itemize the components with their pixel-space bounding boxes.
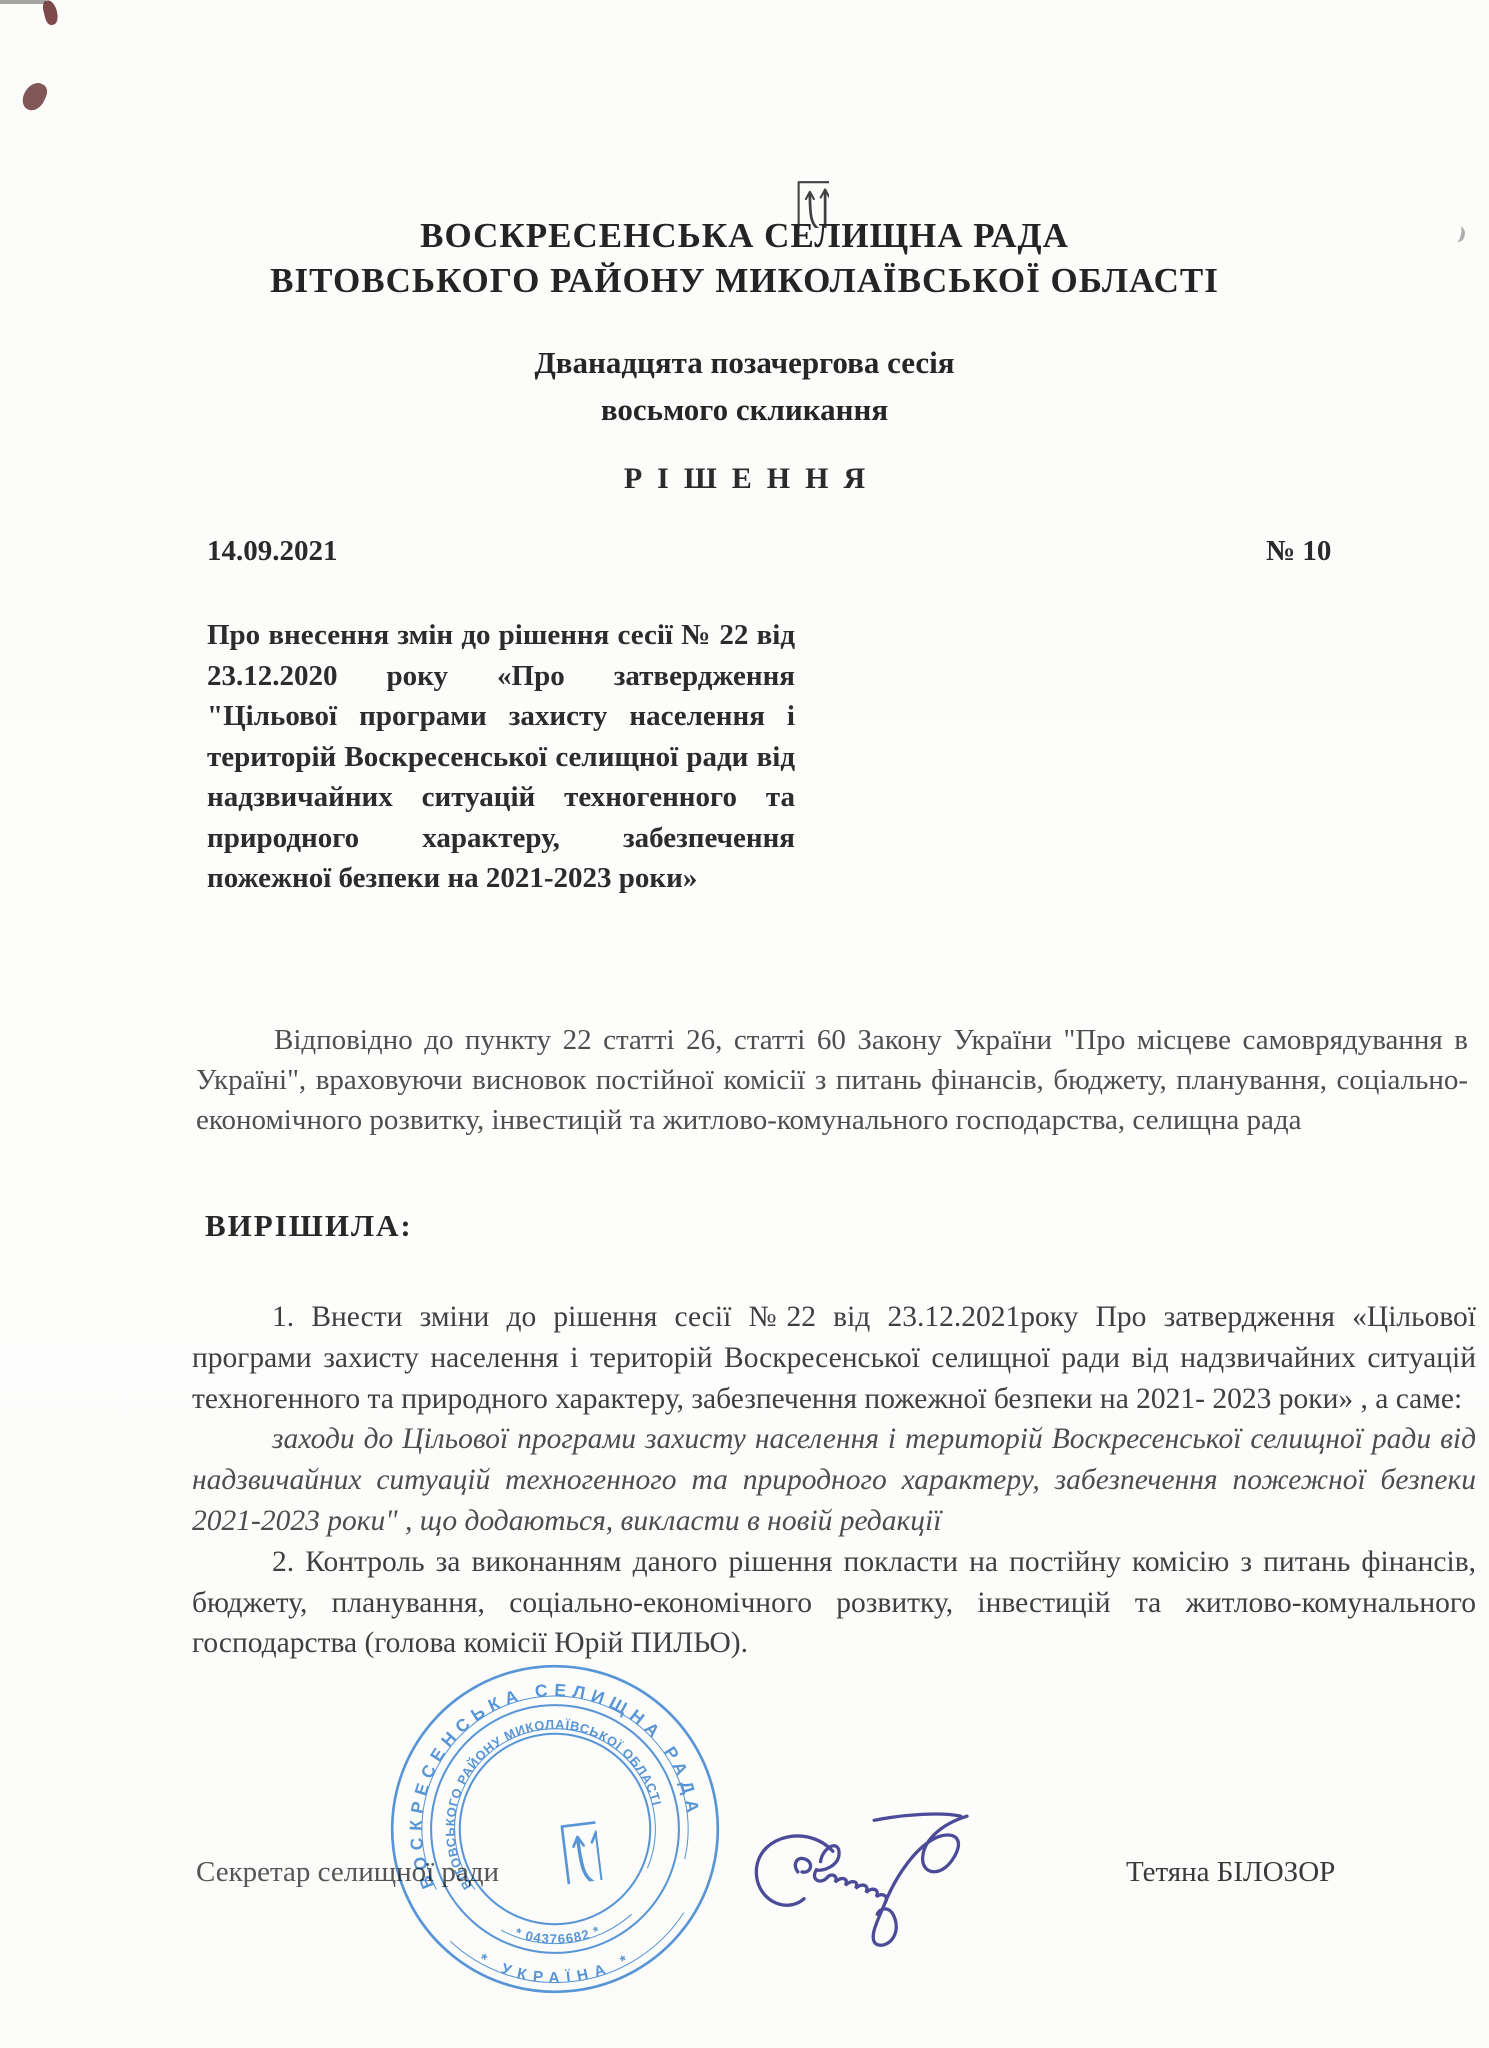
svg-text:ВОСКРЕСЕНСЬКА СЕЛИЩНА РАДА: ВОСКРЕСЕНСЬКА СЕЛИЩНА РАДА — [389, 1663, 709, 1893]
resolution-items: 1. Внести зміни до рішення сесії №22 від… — [192, 1297, 1476, 1664]
official-round-stamp: ВОСКРЕСЕНСЬКА СЕЛИЩНА РАДА * УКРАЇНА * В… — [384, 1658, 726, 2000]
document-type-title: РІШЕННЯ — [0, 462, 1489, 496]
preamble-paragraph: Відповідно до пункту 22 статті 26, статт… — [196, 1020, 1468, 1140]
signer-name: Тетяна БІЛОЗОР — [1126, 1856, 1335, 1889]
resolved-label: ВИРІШИЛА: — [205, 1208, 413, 1244]
ukraine-trident-icon — [757, 126, 829, 228]
stamp-outer-top-text: ВОСКРЕСЕНСЬКА СЕЛИЩНА РАДА — [389, 1663, 709, 1893]
session-title: Дванадцята позачергова сесія — [0, 345, 1489, 381]
decision-date: 14.09.2021 — [207, 535, 338, 568]
resolution-item-1: 1. Внести зміни до рішення сесії №22 від… — [192, 1297, 1476, 1419]
scan-artifact-mark — [19, 79, 51, 114]
resolution-item-2: 2. Контроль за виконанням даного рішення… — [192, 1542, 1476, 1664]
resolution-item-1-detail: заходи до Цільової програми захисту насе… — [192, 1419, 1476, 1541]
handwritten-signature — [740, 1810, 998, 2006]
scan-edge-artifact — [0, 0, 46, 4]
decision-subject: Про внесення змін до рішення сесії № 22 … — [207, 615, 795, 899]
session-convocation: восьмого скликання — [0, 392, 1489, 428]
council-name-line1: ВОСКРЕСЕНСЬКА СЕЛИЩНА РАДА — [0, 216, 1489, 256]
decision-number: № 10 — [1266, 535, 1331, 568]
scanned-decision-document: ВОСКРЕСЕНСЬКА СЕЛИЩНА РАДА ВІТОВСЬКОГО Р… — [0, 0, 1489, 2048]
council-name-line2: ВІТОВСЬКОГО РАЙОНУ МИКОЛАЇВСЬКОЇ ОБЛАСТІ — [0, 261, 1489, 301]
